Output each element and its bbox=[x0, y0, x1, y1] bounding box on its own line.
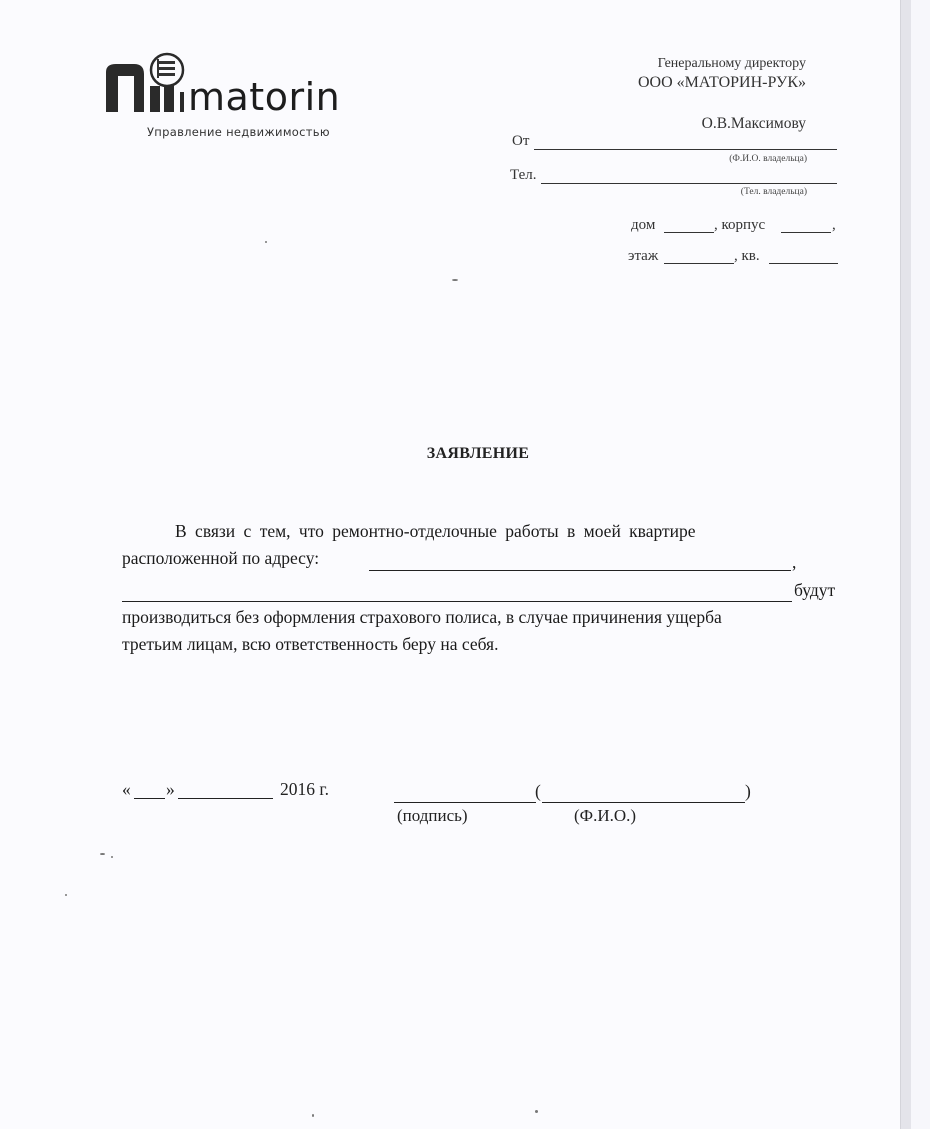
address-comma: , bbox=[792, 552, 796, 573]
date-open-quote: « bbox=[122, 779, 131, 800]
building-label: , корпус bbox=[714, 217, 765, 234]
document-title: ЗАЯВЛЕНИЕ bbox=[0, 445, 930, 463]
phone-label: Тел. bbox=[510, 167, 536, 184]
matorin-logo-icon bbox=[104, 52, 189, 122]
address-field-continued[interactable] bbox=[122, 601, 792, 602]
scan-margin bbox=[911, 0, 930, 1129]
signature-field[interactable] bbox=[394, 802, 536, 803]
month-field[interactable] bbox=[178, 798, 273, 799]
logo-tagline: Управление недвижимостью bbox=[147, 125, 330, 139]
paragraph-line-5: третьим лицам, всю ответственность беру … bbox=[122, 634, 498, 655]
logo-wordmark: matorin bbox=[188, 78, 340, 116]
house-label: дом bbox=[631, 217, 655, 234]
building-field[interactable] bbox=[781, 232, 831, 233]
floor-field[interactable] bbox=[664, 263, 734, 264]
phone-field[interactable] bbox=[541, 183, 837, 184]
apt-field[interactable] bbox=[769, 263, 838, 264]
paragraph-line-1: В связи с тем, что ремонтно-отделочные р… bbox=[175, 521, 696, 542]
addressee-company: ООО «МАТОРИН-РУК» bbox=[638, 74, 806, 92]
paragraph-line-3: будут bbox=[794, 580, 835, 601]
floor-label: этаж bbox=[628, 248, 658, 265]
signature-caption: (подпись) bbox=[397, 806, 468, 826]
scan-edge bbox=[900, 0, 911, 1129]
document-page: matorin Управление недвижимостью Генерал… bbox=[0, 0, 900, 1129]
building-suffix: , bbox=[832, 217, 836, 234]
scan-speck bbox=[535, 1110, 538, 1113]
year-text: 2016 г. bbox=[280, 779, 329, 800]
phone-caption: (Тел. владельца) bbox=[741, 187, 807, 197]
scan-speck bbox=[265, 241, 267, 243]
from-caption: (Ф.И.О. владельца) bbox=[729, 154, 807, 164]
from-field[interactable] bbox=[534, 149, 837, 150]
scan-speck bbox=[100, 853, 105, 855]
scan-speck bbox=[111, 856, 113, 858]
paragraph-line-2: расположенной по адресу: bbox=[122, 548, 319, 569]
address-field[interactable] bbox=[369, 570, 791, 571]
fio-caption: (Ф.И.О.) bbox=[574, 806, 636, 826]
house-field[interactable] bbox=[664, 232, 714, 233]
scan-speck bbox=[65, 894, 67, 896]
addressee-name: О.В.Максимову bbox=[702, 115, 806, 133]
addressee-position: Генеральному директору bbox=[658, 56, 806, 72]
paragraph-line-4: производиться без оформления страхового … bbox=[122, 607, 722, 628]
company-logo: matorin Управление недвижимостью bbox=[104, 52, 364, 142]
from-label: От bbox=[512, 133, 529, 150]
date-close-quote: » bbox=[166, 779, 175, 800]
fio-field[interactable] bbox=[542, 802, 745, 803]
apt-label: , кв. bbox=[734, 248, 760, 265]
name-open-paren: ( bbox=[535, 781, 541, 802]
day-field[interactable] bbox=[134, 798, 165, 799]
name-close-paren: ) bbox=[745, 781, 751, 802]
scan-speck bbox=[312, 1114, 314, 1117]
scan-speck bbox=[452, 279, 458, 281]
